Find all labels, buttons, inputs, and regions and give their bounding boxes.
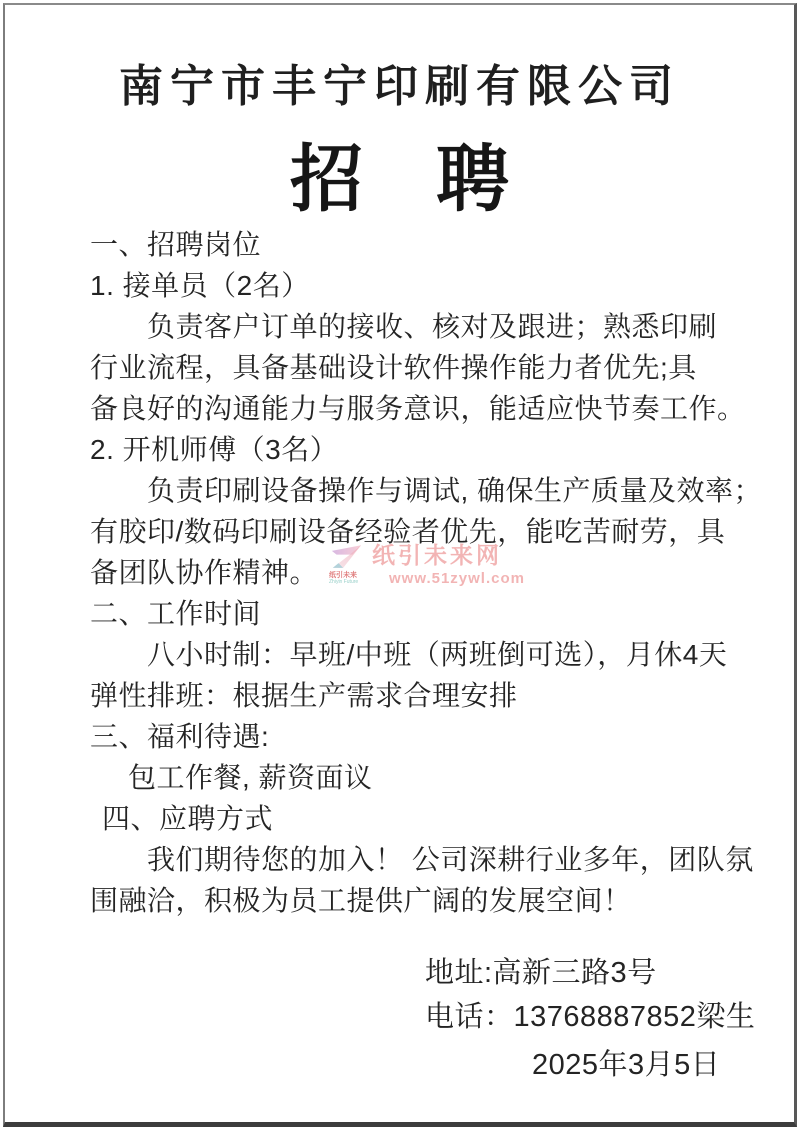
benefits-line: 包工作餐, 薪资面议	[90, 757, 754, 798]
company-name: 南宁市丰宁印刷有限公司	[5, 65, 794, 109]
job-2-desc-line: 负责印刷设备操作与调试, 确保生产质量及效率；	[90, 470, 754, 511]
poster-title: 招 聘	[5, 143, 794, 216]
contact-block: 地址:高新三路3号 电话：13768887852梁生 2025年3月5日	[5, 951, 794, 1087]
poster-page: 南宁市丰宁印刷有限公司 招 聘 一、招聘岗位 1. 接单员（2名） 负责客户订单…	[3, 3, 797, 1127]
section-2-heading: 二、工作时间	[90, 593, 754, 634]
schedule-line: 弹性排班：根据生产需求合理安排	[90, 675, 754, 716]
job-2-desc-line: 有胶印/数码印刷设备经验者优先，能吃苦耐劳，具	[90, 511, 754, 552]
section-1-heading: 一、招聘岗位	[90, 224, 754, 265]
date-line: 2025年3月5日	[425, 1043, 794, 1087]
phone-line: 电话：13768887852梁生	[425, 995, 794, 1039]
section-3-heading: 三、福利待遇:	[90, 716, 754, 757]
job-1-desc-line: 行业流程，具备基础设计软件操作能力者优先;具	[90, 347, 754, 388]
job-1-desc-line: 备良好的沟通能力与服务意识，能适应快节奏工作。	[90, 388, 754, 429]
job-2-title: 2. 开机师傅（3名）	[90, 429, 754, 470]
body-text: 一、招聘岗位 1. 接单员（2名） 负责客户订单的接收、核对及跟进；熟悉印刷 行…	[5, 224, 794, 921]
work-time-line: 八小时制：早班/中班（两班倒可选），月休4天	[90, 634, 754, 675]
job-1-desc-line: 负责客户订单的接收、核对及跟进；熟悉印刷	[90, 306, 754, 347]
section-4-heading: 四、应聘方式	[90, 798, 754, 839]
job-2-desc-line: 备团队协作精神。	[90, 552, 754, 593]
job-1-title: 1. 接单员（2名）	[90, 265, 754, 306]
address-line: 地址:高新三路3号	[425, 951, 794, 995]
closing-line: 围融洽，积极为员工提供广阔的发展空间！	[90, 880, 754, 921]
closing-line: 我们期待您的加入！ 公司深耕行业多年，团队氛	[90, 839, 754, 880]
